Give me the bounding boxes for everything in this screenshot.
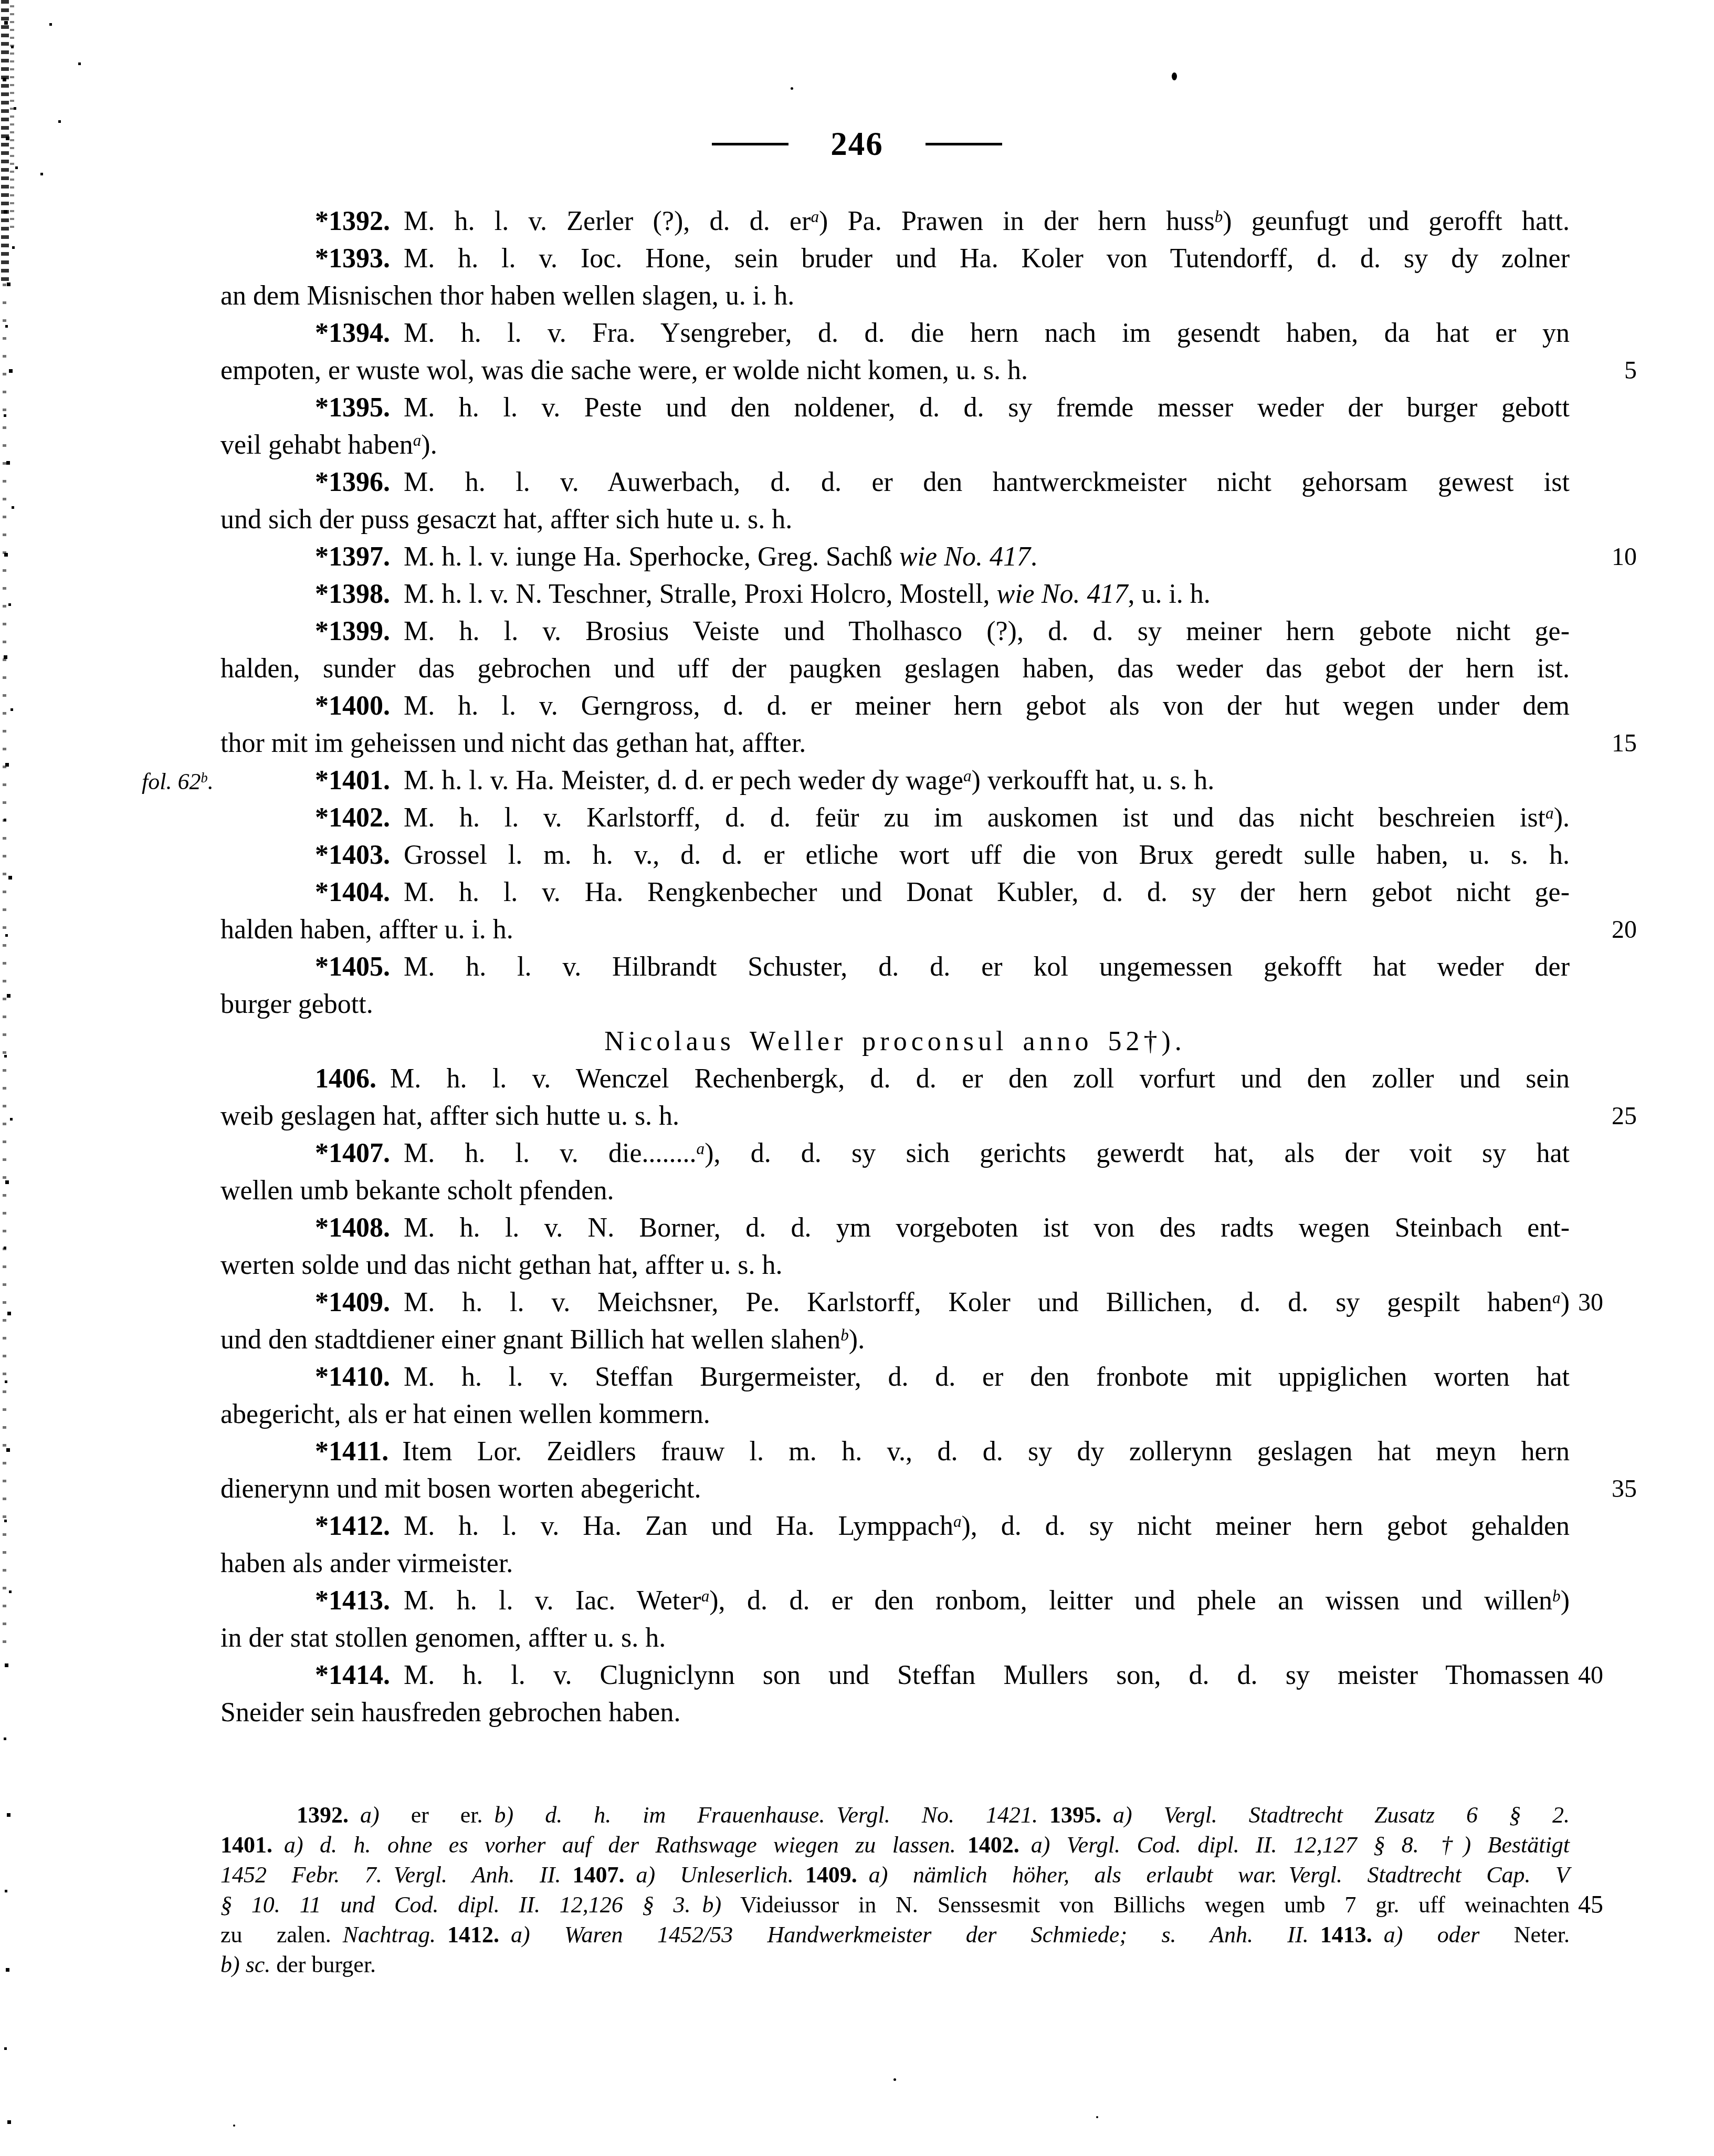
continuation-line: haben als ander virmeister. xyxy=(220,1545,1570,1582)
text-segment: M. h. l. v. Fra. Ysengreber, d. d. die h… xyxy=(390,318,1570,348)
superscript-letter: a xyxy=(811,207,819,226)
line-number: 5 xyxy=(1578,352,1637,389)
superscript-letter: b xyxy=(201,770,207,786)
text-segment: a) Vergl. Cod. dipl. II. 12,127 § 8. xyxy=(1031,1832,1419,1858)
entry-line: *1402. M. h. l. v. Karlstorff, d. d. feü… xyxy=(220,799,1570,836)
superscript-letter: b xyxy=(840,1326,849,1344)
text-segment: M. h. l. v. Hilbrandt Schuster, d. d. er… xyxy=(390,952,1570,982)
text-segment xyxy=(499,1922,511,1948)
entry-line: *1414. M. h. l. v. Clugniclynn son und S… xyxy=(220,1657,1570,1694)
line-number: 30 xyxy=(1578,1284,1637,1321)
line-number: 10 xyxy=(1578,538,1637,575)
entry-number: *1411. xyxy=(315,1437,388,1467)
text-segment xyxy=(1019,1832,1031,1858)
text-segment: M. h. l. v. N. Borner, d. d. ym vorgebot… xyxy=(390,1213,1570,1243)
text-segment: M. h. l. v. Wenczel Rechenbergk, d. d. e… xyxy=(376,1064,1570,1094)
text-segment: . xyxy=(1030,542,1037,572)
entry-line: *1399. M. h. l. v. Brosius Veiste und Th… xyxy=(220,613,1570,650)
text-segment: wie No. 417 xyxy=(996,579,1128,609)
text-segment: . xyxy=(430,430,437,460)
entry-number: 1407. xyxy=(572,1862,624,1888)
footnote-marker: a) xyxy=(953,1511,971,1541)
continuation-line: halden, sunder das gebrochen und uff der… xyxy=(220,650,1570,687)
text-segment xyxy=(794,1862,805,1888)
footnotes: 1392. a) er er. b) d. h. im Frauenhause.… xyxy=(220,1800,1570,1980)
continuation-line: abegericht, als er hat einen wellen komm… xyxy=(220,1396,1570,1433)
text-segment: geunfugt und gerofft hatt. xyxy=(1232,206,1570,236)
entry-number: *1414. xyxy=(315,1660,390,1690)
text-segment: a) d. h. ohne es vorher auf der Rathswag… xyxy=(284,1832,956,1858)
text-segment: M. h. l. v. Brosius Veiste und Tholhasco… xyxy=(390,616,1570,646)
continuation-line: und den stadtdiener einer gnant Billich … xyxy=(220,1321,1570,1358)
text-segment: . xyxy=(1563,803,1570,833)
line-number: 15 xyxy=(1578,725,1637,762)
entry-number: 1401. xyxy=(220,1832,272,1858)
entry-number: 1409. xyxy=(805,1862,857,1888)
text-segment: abegericht, als er hat einen wellen komm… xyxy=(220,1399,710,1429)
header-rule-right xyxy=(926,143,1002,145)
text-segment xyxy=(561,1862,572,1888)
document-page: 246 *1392. M. h. l. v. Zerler (?), d. d.… xyxy=(0,0,1714,2156)
text-segment xyxy=(690,1892,702,1918)
entry-line: *1411. Item Lor. Zeidlers frauw l. m. h.… xyxy=(220,1433,1570,1470)
text-segment: , d. d. er den ronbom, leitter und phele… xyxy=(719,1586,1552,1616)
footnote-marker: b) xyxy=(840,1325,858,1355)
superscript-letter: a xyxy=(701,1587,710,1605)
section-heading: Nicolaus Weller proconsul anno 52†). xyxy=(220,1023,1570,1060)
continuation-line: veil gehabt habena). xyxy=(220,426,1570,464)
text-segment: , d. d. sy sich gerichts gewerdt hat, al… xyxy=(713,1138,1570,1168)
footnote-marker: b) xyxy=(1215,206,1232,236)
text-segment: a) xyxy=(360,1802,380,1828)
entry-number: 1392. xyxy=(297,1802,349,1828)
text-segment: M. h. l. v. Steffan Burgermeister, d. d.… xyxy=(390,1362,1570,1392)
folio-margin-note: fol. 62b. xyxy=(142,763,214,800)
text-segment: Sneider sein hausfreden gebrochen haben. xyxy=(220,1698,680,1728)
text-segment: veil gehabt haben xyxy=(220,430,413,460)
entry-number: *1413. xyxy=(315,1586,390,1616)
text-segment xyxy=(1309,1922,1320,1948)
entry-line: *1409. M. h. l. v. Meichsner, Pe. Karlst… xyxy=(220,1284,1570,1321)
text-segment: M. h. l. v. Ha. Rengkenbecher und Donat … xyxy=(390,877,1570,907)
superscript-letter: a xyxy=(697,1139,705,1158)
entry-number: *1408. xyxy=(315,1213,390,1243)
superscript-letter: a xyxy=(413,431,422,449)
footnote-line: 1452 Febr. 7. Vergl. Anh. II. 1407. a) U… xyxy=(220,1860,1570,1890)
page-number: 246 xyxy=(830,125,884,163)
footnote-marker: a) xyxy=(1552,1288,1570,1317)
continuation-line: an dem Misnischen thor haben wellen slag… xyxy=(220,277,1570,315)
scan-speck xyxy=(791,87,793,90)
text-segment: M. h. l. v. Iac. Weter xyxy=(390,1586,701,1616)
text-segment: a) Unleserlich. xyxy=(636,1862,793,1888)
entry-line: fol. 62b.*1401. M. h. l. v. Ha. Meister,… xyxy=(220,762,1570,799)
entry-number: 1406. xyxy=(315,1064,376,1094)
footnote-line: b) sc. der burger. xyxy=(220,1950,1570,1980)
entry-number: 1413. xyxy=(1320,1922,1372,1948)
text-segment: M. h. l. v. Ha. Zan und Ha. Lymppach xyxy=(390,1511,953,1541)
footnote-line: 1392. a) er er. b) d. h. im Frauenhause.… xyxy=(220,1800,1570,1830)
entry-line: *1400. M. h. l. v. Gerngross, d. d. er m… xyxy=(220,687,1570,725)
text-segment xyxy=(272,1832,284,1858)
text-segment: M. h. l. v. Gerngross, d. d. er meiner h… xyxy=(390,691,1570,721)
continuation-line: und sich der puss gesaczt hat, affter si… xyxy=(220,501,1570,538)
text-segment: M. h. l. v. Meichsner, Pe. Karlstorff, K… xyxy=(390,1288,1552,1317)
entry-number: *1409. xyxy=(315,1288,390,1317)
superscript-letter: a xyxy=(963,767,972,785)
entry-number: *1403. xyxy=(315,840,390,870)
footnote-line: 1401. a) d. h. ohne es vorher auf der Ra… xyxy=(220,1830,1570,1860)
continuation-line: weib geslagen hat, affter sich hutte u. … xyxy=(220,1097,1570,1135)
continuation-line: thor mit im geheissen und nicht das geth… xyxy=(220,725,1570,762)
continuation-line: burger gebott. xyxy=(220,986,1570,1023)
entry-number: *1395. xyxy=(315,393,390,423)
footnote-marker: a) xyxy=(697,1138,714,1168)
text-segment: †) Bestätigt xyxy=(1431,1832,1570,1858)
entry-line: *1397. M. h. l. v. iunge Ha. Sperhocke, … xyxy=(220,538,1570,575)
scan-edge-noise xyxy=(10,5,14,231)
text-segment: 1452 Febr. 7. Vergl. Anh. II. xyxy=(220,1862,561,1888)
entry-line: *1405. M. h. l. v. Hilbrandt Schuster, d… xyxy=(220,948,1570,986)
body-text: *1392. M. h. l. v. Zerler (?), d. d. era… xyxy=(220,203,1570,1731)
text-segment: Grossel l. m. h. v., d. d. er etliche wo… xyxy=(390,840,1570,870)
text-segment xyxy=(1372,1922,1384,1948)
entry-number: *1396. xyxy=(315,467,390,497)
entry-number: *1404. xyxy=(315,877,390,907)
entry-number: *1394. xyxy=(315,318,390,348)
text-segment: b) sc. xyxy=(220,1952,270,1977)
text-segment: M. h. l. v. Clugniclynn son und Steffan … xyxy=(390,1660,1570,1690)
text-segment: Videiussor in N. Senssesmit von Billichs… xyxy=(721,1892,1570,1918)
scan-speck xyxy=(893,2078,896,2081)
entry-line: *1396. M. h. l. v. Auwerbach, d. d. er d… xyxy=(220,464,1570,501)
continuation-line: in der stat stollen genomen, affter u. s… xyxy=(220,1619,1570,1657)
entry-number: *1401. xyxy=(315,766,390,796)
superscript-letter: a xyxy=(1552,1289,1561,1307)
entry-line: *1398. M. h. l. v. N. Teschner, Stralle,… xyxy=(220,575,1570,613)
text-segment: , d. d. sy nicht meiner hern gebot gehal… xyxy=(971,1511,1570,1541)
text-segment: a) Vergl. Stadtrecht Zusatz 6 § 2. xyxy=(1113,1802,1570,1828)
text-segment xyxy=(956,1832,968,1858)
entry-number: *1393. xyxy=(315,244,390,274)
scan-edge-noise xyxy=(3,284,6,1649)
footnote-marker: a) xyxy=(701,1586,719,1616)
text-segment: er er. xyxy=(380,1802,495,1828)
header-rule-left xyxy=(712,143,788,145)
text-segment: a) nämlich höher, als erlaubt war. Vergl… xyxy=(869,1862,1570,1888)
superscript-letter: b xyxy=(1215,207,1223,226)
text-segment: b) xyxy=(702,1892,721,1918)
footnote-marker: a) xyxy=(1545,803,1563,833)
continuation-line: Sneider sein hausfreden gebrochen haben. xyxy=(220,1694,1570,1731)
entry-number: *1400. xyxy=(315,691,390,721)
line-number: 45 xyxy=(1578,1890,1637,1920)
entry-number: *1399. xyxy=(315,616,390,646)
entry-line: *1395. M. h. l. v. Peste und den noldene… xyxy=(220,389,1570,426)
entry-number: *1392. xyxy=(315,206,390,236)
text-segment: M. h. l. v. Peste und den noldener, d. d… xyxy=(390,393,1570,423)
text-segment: werten solde und das nicht gethan hat, a… xyxy=(220,1250,783,1280)
entry-number: 1412. xyxy=(447,1922,499,1948)
text-segment: in der stat stollen genomen, affter u. s… xyxy=(220,1623,666,1653)
text-segment xyxy=(349,1802,360,1828)
entry-line: *1404. M. h. l. v. Ha. Rengkenbecher und… xyxy=(220,874,1570,911)
entry-number: 1395. xyxy=(1049,1802,1101,1828)
entry-number: *1407. xyxy=(315,1138,390,1168)
entry-number: *1402. xyxy=(315,803,390,833)
scan-speck xyxy=(233,2124,235,2127)
footnote-marker: a) xyxy=(963,766,981,796)
footnote-line: zu zalen. Nachtrag. 1412. a) Waren 1452/… xyxy=(220,1920,1570,1950)
entry-line: *1393. M. h. l. v. Ioc. Hone, sein brude… xyxy=(220,240,1570,277)
text-segment: zu zalen. xyxy=(220,1922,343,1948)
line-number: 20 xyxy=(1578,911,1637,948)
text-segment: und sich der puss gesaczt hat, affter si… xyxy=(220,505,792,535)
footnote-marker: a) xyxy=(811,206,828,236)
text-segment: empoten, er wuste wol, was die sache wer… xyxy=(220,355,1028,385)
page-header: 246 xyxy=(0,122,1714,166)
entry-number: *1410. xyxy=(315,1362,390,1392)
text-segment: a) Waren 1452/53 Handwerkmeister der Sch… xyxy=(511,1922,1309,1948)
superscript-letter: b xyxy=(1552,1587,1561,1605)
superscript-letter: a xyxy=(1545,804,1554,822)
text-segment: , u. i. h. xyxy=(1128,579,1210,609)
text-segment: M. h. l. v. Ioc. Hone, sein bruder und H… xyxy=(390,244,1570,274)
entry-number: *1412. xyxy=(315,1511,390,1541)
text-segment xyxy=(1419,1832,1431,1858)
entry-line: *1412. M. h. l. v. Ha. Zan und Ha. Lympp… xyxy=(220,1508,1570,1545)
text-segment: an dem Misnischen thor haben wellen slag… xyxy=(220,281,794,311)
footnote-marker: a) xyxy=(413,430,430,460)
superscript-letter: a xyxy=(953,1512,962,1531)
line-number: 25 xyxy=(1578,1097,1637,1135)
entry-line: *1392. M. h. l. v. Zerler (?), d. d. era… xyxy=(220,203,1570,240)
continuation-line: dienerynn und mit bosen worten abegerich… xyxy=(220,1470,1570,1508)
line-number: 40 xyxy=(1578,1657,1637,1694)
entry-number: *1397. xyxy=(315,542,390,572)
entry-number: 1402. xyxy=(968,1832,1019,1858)
scan-edge-noise xyxy=(0,0,2,2)
text-segment: M. h. l. v. iunge Ha. Sperhocke, Greg. S… xyxy=(390,542,899,572)
text-segment: M. h. l. v. Ha. Meister, d. d. er pech w… xyxy=(390,766,963,796)
text-segment xyxy=(436,1922,447,1948)
entry-line: *1410. M. h. l. v. Steffan Burgermeister… xyxy=(220,1358,1570,1396)
text-segment: M. h. l. v. N. Teschner, Stralle, Proxi … xyxy=(390,579,996,609)
entry-number: *1398. xyxy=(315,579,390,609)
footnote-marker: b) xyxy=(1552,1586,1570,1616)
text-segment: wellen umb bekante scholt pfenden. xyxy=(220,1176,614,1206)
scan-speck xyxy=(1096,2116,1098,2118)
text-segment: halden, sunder das gebrochen und uff der… xyxy=(220,654,1570,684)
line-number: 35 xyxy=(1578,1470,1637,1508)
text-segment: M. h. l. v. Zerler (?), d. d. er xyxy=(390,206,811,236)
text-segment xyxy=(1101,1802,1113,1828)
scan-speck xyxy=(1172,72,1177,80)
text-segment: verkoufft hat, u. s. h. xyxy=(981,766,1214,796)
text-segment: Neter. xyxy=(1479,1922,1570,1948)
text-segment: Nachtrag. xyxy=(343,1922,436,1948)
text-segment: b) d. h. im Frauenhause. Vergl. No. 1421… xyxy=(495,1802,1038,1828)
text-segment: Pa. Prawen in der hern huss xyxy=(828,206,1214,236)
text-segment: Item Lor. Zeidlers frauw l. m. h. v., d.… xyxy=(388,1437,1570,1467)
entry-line: 1406. M. h. l. v. Wenczel Rechenbergk, d… xyxy=(220,1060,1570,1097)
entry-line: *1413. M. h. l. v. Iac. Wetera), d. d. e… xyxy=(220,1582,1570,1619)
entry-line: *1407. M. h. l. v. die........a), d. d. … xyxy=(220,1135,1570,1172)
text-segment xyxy=(857,1862,869,1888)
text-segment: M. h. l. v. Karlstorff, d. d. feür zu im… xyxy=(390,803,1545,833)
text-segment xyxy=(624,1862,636,1888)
footnote-line: § 10. 11 und Cod. dipl. II. 12,126 § 3. … xyxy=(220,1890,1570,1920)
text-segment: Nicolaus Weller proconsul anno 52†). xyxy=(604,1027,1186,1056)
continuation-line: halden haben, affter u. i. h.20 xyxy=(220,911,1570,948)
text-segment: dienerynn und mit bosen worten abegerich… xyxy=(220,1474,701,1504)
text-segment: halden haben, affter u. i. h. xyxy=(220,915,513,945)
text-segment: M. h. l. v. die........ xyxy=(390,1138,697,1168)
text-segment: M. h. l. v. Auwerbach, d. d. er den hant… xyxy=(390,467,1570,497)
text-segment: der burger. xyxy=(270,1952,376,1977)
text-segment: haben als ander virmeister. xyxy=(220,1548,513,1578)
text-segment: thor mit im geheissen und nicht das geth… xyxy=(220,728,806,758)
continuation-line: werten solde und das nicht gethan hat, a… xyxy=(220,1247,1570,1284)
text-segment: . xyxy=(858,1325,865,1355)
text-segment: wie No. 417 xyxy=(899,542,1030,572)
text-segment: a) oder xyxy=(1384,1922,1480,1948)
entry-line: *1394. M. h. l. v. Fra. Ysengreber, d. d… xyxy=(220,315,1570,352)
text-segment xyxy=(1038,1802,1049,1828)
text-segment: burger gebott. xyxy=(220,989,373,1019)
entry-number: *1405. xyxy=(315,952,390,982)
text-segment: weib geslagen hat, affter sich hutte u. … xyxy=(220,1101,679,1131)
text-segment: § 10. 11 und Cod. dipl. II. 12,126 § 3. xyxy=(220,1892,690,1918)
text-segment: und den stadtdiener einer gnant Billich … xyxy=(220,1325,840,1355)
continuation-line: wellen umb bekante scholt pfenden. xyxy=(220,1172,1570,1209)
continuation-line: empoten, er wuste wol, was die sache wer… xyxy=(220,352,1570,389)
entry-line: *1408. M. h. l. v. N. Borner, d. d. ym v… xyxy=(220,1209,1570,1247)
entry-line: *1403. Grossel l. m. h. v., d. d. er etl… xyxy=(220,836,1570,874)
